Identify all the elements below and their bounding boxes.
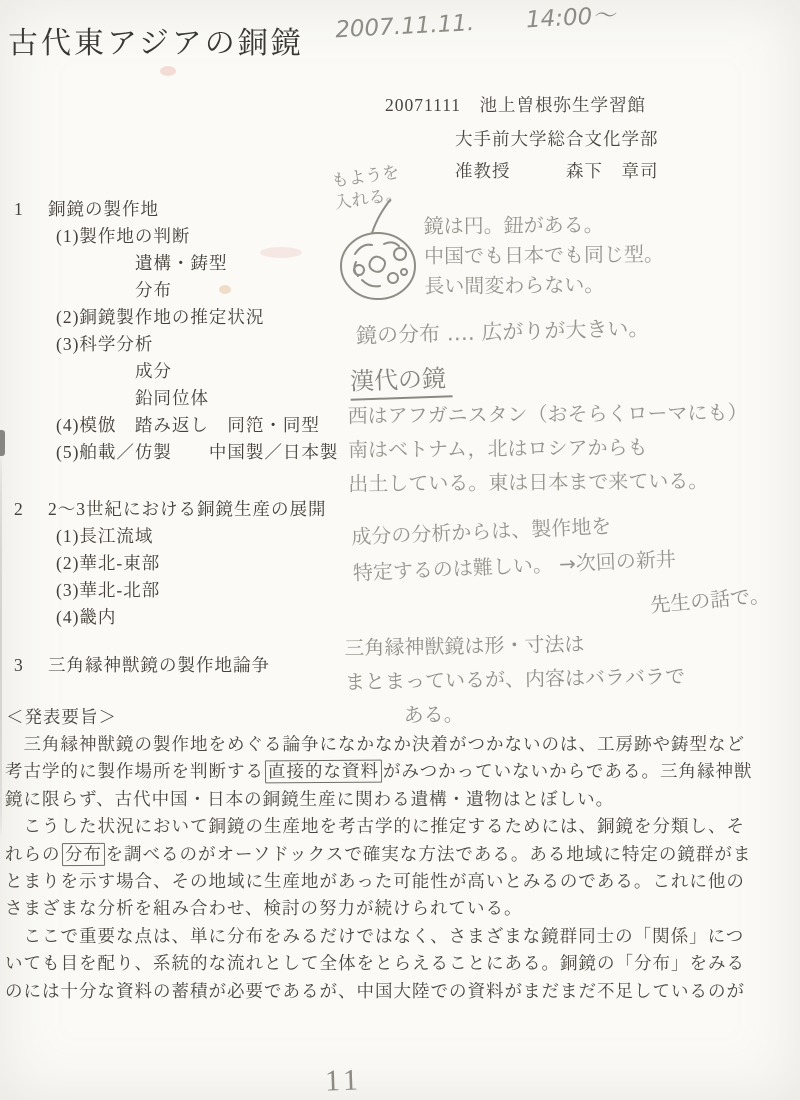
outline-number: 3 xyxy=(14,652,48,679)
abstract-text: がみつかっていないからである。三角縁神獣 xyxy=(383,761,752,781)
sketch-mirror-rim xyxy=(341,233,415,299)
abstract-text: れらの xyxy=(5,844,61,864)
outline-number: 1 xyxy=(14,196,48,223)
abstract-text: さまざまな分析を組み合わせ、検討の努力が続けられている。 xyxy=(5,898,522,918)
abstract-heading: ＜発表要旨＞ xyxy=(6,704,117,729)
scan-edge-mark xyxy=(0,430,5,456)
outline-title: 銅鏡の製作地 xyxy=(48,199,159,219)
abstract-text: 鏡に限らず、古代中国・日本の銅鏡生産に関わる遺構・遺物はとぼしい。 xyxy=(5,789,614,809)
page-title: 古代東アジアの銅鏡 xyxy=(8,18,304,62)
hand-drawn-box: 分布 xyxy=(61,842,104,865)
abstract-text: とまりを示す場合、その地域に生産地があった可能性が高いとみるのである。これに他の xyxy=(5,871,745,891)
handwritten-note-han-mirrors: 西はアフガニスタン（おそらくローマにも） 南はベトナム，北はロシアからも 出土し… xyxy=(348,395,749,500)
handwritten-line: まとまっているが、内容はバラバラで xyxy=(345,659,686,699)
abstract-body: 三角縁神獣鏡の製作地をめぐる論争になかなか決着がつかないのは、工房跡や鋳型など … xyxy=(5,731,752,1005)
abstract-text: いても目を配り、系統的な流れとして全体をとらえることにある。銅鏡の「分布」をみる xyxy=(5,953,745,973)
outline-item: 遺構・鋳型 xyxy=(135,250,338,277)
outline-section-3: 3三角縁神獣鏡の製作地論争 xyxy=(14,652,270,679)
abstract-line: 三角縁神獣鏡の製作地をめぐる論争になかなか決着がつかないのは、工房跡や鋳型など xyxy=(5,731,752,758)
outline-number: 2 xyxy=(14,496,48,523)
hand-drawn-box: 直接的な資料 xyxy=(265,760,382,784)
outline-item: (4)模倣 踏み返し 同笵・同型 xyxy=(56,412,338,439)
sketch-leader-line xyxy=(372,200,390,233)
sketch-mirror-knob xyxy=(370,257,386,272)
outline-heading: 3三角縁神獣鏡の製作地論争 xyxy=(14,652,270,679)
abstract-line: 鏡に限らず、古代中国・日本の銅鏡生産に関わる遺構・遺物はとぼしい。 xyxy=(5,786,752,813)
handwritten-line: 西はアフガニスタン（おそらくローマにも） xyxy=(348,395,748,432)
handwritten-note-mirror-shape: 鏡は円。鈕がある。 中国でも日本でも同じ型。 長い間変わらない。 xyxy=(424,209,665,301)
handwritten-line: 鏡は円。鈕がある。 xyxy=(424,209,664,241)
page-number: 11 xyxy=(324,1063,362,1098)
header-event-line: 20071111 池上曽根弥生学習館 xyxy=(385,92,646,117)
outline-heading: 22～3世紀における銅鏡生産の展開 xyxy=(14,496,327,523)
outline-item: (1)長江流域 xyxy=(56,523,327,550)
abstract-line: のには十分な資料の蓄積が必要であるが、中国大陸での資料がまだまだ不足しているのが xyxy=(5,978,752,1005)
outline-item: (2)銅鏡製作地の推定状況 xyxy=(56,304,338,331)
scan-smudge xyxy=(160,66,176,76)
header-affiliation-line: 大手前大学総合文化学部 xyxy=(455,126,659,151)
abstract-line: れらの分布を調べるのがオーソドックスで確実な方法である。ある地域に特定の鏡群がま xyxy=(5,841,752,868)
outline-title: 2～3世紀における銅鏡生産の展開 xyxy=(48,499,327,519)
handwritten-line: 中国でも日本でも同じ型。 xyxy=(424,239,664,271)
outline-item: (3)科学分析 xyxy=(56,331,338,358)
abstract-text: こうした状況において銅鏡の生産地を考古学的に推定するためには、銅鏡を分類し、そ xyxy=(5,816,745,836)
outline-item: (4)畿内 xyxy=(56,604,327,631)
abstract-line: こうした状況において銅鏡の生産地を考古学的に推定するためには、銅鏡を分類し、そ xyxy=(5,813,752,840)
abstract-line: いても目を配り、系統的な流れとして全体をとらえることにある。銅鏡の「分布」をみる xyxy=(5,950,752,977)
handwritten-note-composition: 成分の分析からは、製作地を 特定するのは難しい。 →次回の新井 xyxy=(351,505,677,591)
abstract-text: を調べるのがオーソドックスで確実な方法である。ある地域に特定の鏡群がま xyxy=(106,844,752,864)
outline-item: 成分 xyxy=(135,358,338,385)
outline-item: (5)舶載／仿製 中国製／日本製 xyxy=(56,439,338,466)
abstract-text: 考古学的に製作場所を判断する xyxy=(5,761,264,781)
scan-edge-line xyxy=(0,456,2,836)
handwritten-heading-han-mirrors: 漢代の鏡 xyxy=(349,358,452,401)
handwritten-date: 2007.11.11.14:00～ xyxy=(334,0,616,44)
abstract-line: とまりを示す場合、その地域に生産地があった可能性が高いとみるのである。これに他の xyxy=(5,868,752,895)
header-speaker-line: 准教授 森下 章司 xyxy=(455,158,659,183)
handwritten-note-composition-tail: 先生の話で。 xyxy=(649,579,771,618)
handwritten-line: 南はベトナム，北はロシアからも xyxy=(348,429,748,466)
outline-item: (1)製作地の判断 xyxy=(56,223,338,250)
handwritten-line: 長い間変わらない。 xyxy=(424,269,664,301)
outline-item: 分布 xyxy=(135,277,338,304)
outline-item: (2)華北-東部 xyxy=(56,550,327,577)
outline-title: 三角縁神獣鏡の製作地論争 xyxy=(48,655,270,675)
handwritten-line: 出土している。東は日本まで来ている。 xyxy=(348,463,748,500)
abstract-line: さまざまな分析を組み合わせ、検討の努力が続けられている。 xyxy=(5,895,752,922)
outline-heading: 1銅鏡の製作地 xyxy=(14,196,338,223)
handwritten-note-sankakubuchi: 三角縁神獣鏡は形・寸法は まとまっているが、内容はバラバラで ある。 xyxy=(344,625,686,733)
abstract-line: ここで重要な点は、単に分布をみるだけではなく、さまざまな鏡群同士の「関係」につ xyxy=(5,923,752,950)
abstract-text: 三角縁神獣鏡の製作地をめぐる論争になかなか決着がつかないのは、工房跡や鋳型など xyxy=(5,734,745,754)
handwritten-time-text: 14:00～ xyxy=(525,3,616,34)
outline-item: 鉛同位体 xyxy=(135,385,338,412)
abstract-line: 考古学的に製作場所を判断する直接的な資料がみつかっていないからである。三角縁神獣 xyxy=(5,758,752,785)
handwritten-note-distribution: 鏡の分布 ‥‥ 広がりが大きい。 xyxy=(356,312,650,350)
outline-section-1: 1銅鏡の製作地 (1)製作地の判断 遺構・鋳型 分布 (2)銅鏡製作地の推定状況… xyxy=(14,196,338,466)
spacer xyxy=(474,27,526,30)
scanned-handout-page: 古代東アジアの銅鏡 2007.11.11.14:00～ 20071111 池上曽… xyxy=(0,0,800,1100)
abstract-text: ここで重要な点は、単に分布をみるだけではなく、さまざまな鏡群同士の「関係」につ xyxy=(5,926,744,946)
outline-item: (3)華北-北部 xyxy=(56,577,327,604)
abstract-text: のには十分な資料の蓄積が必要であるが、中国大陸での資料がまだまだ不足しているのが xyxy=(5,981,745,1001)
handwritten-date-text: 2007.11.11. xyxy=(335,10,475,43)
handwritten-line: ある。 xyxy=(403,693,686,732)
outline-section-2: 22～3世紀における銅鏡生産の展開 (1)長江流域 (2)華北-東部 (3)華北… xyxy=(14,496,327,631)
